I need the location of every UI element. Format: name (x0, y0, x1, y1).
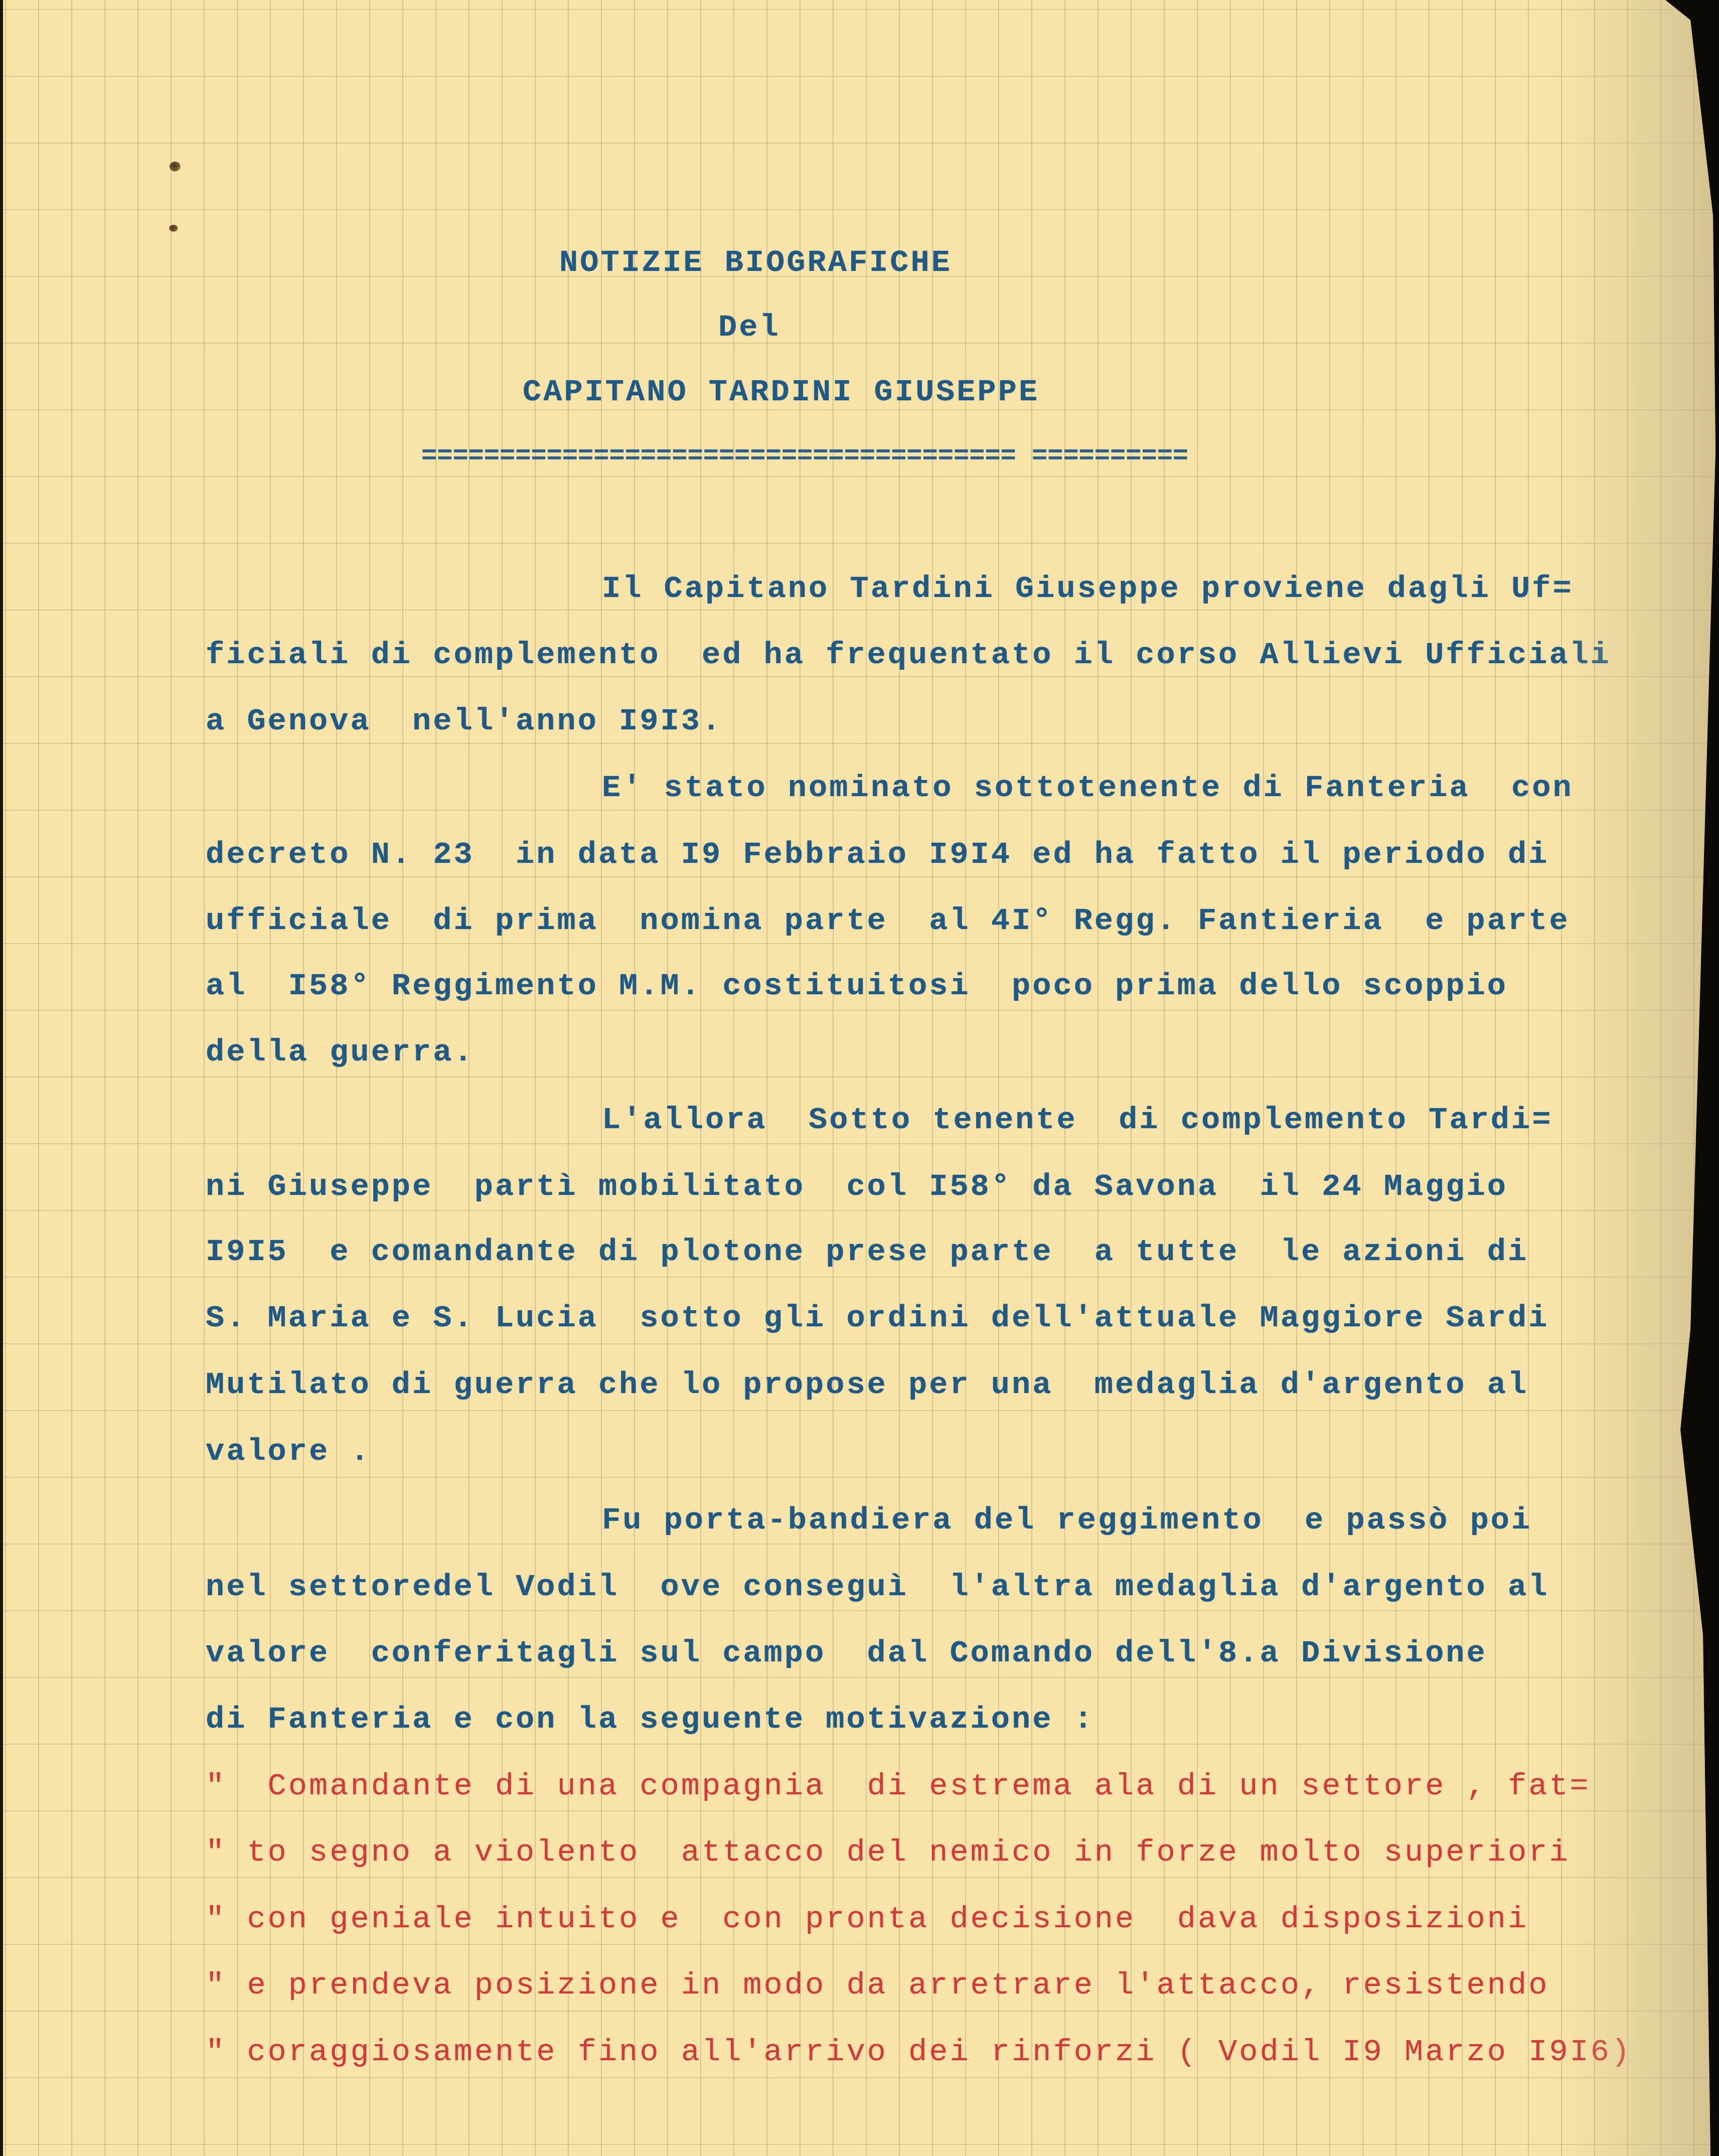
citation-line-4: " e prendeva posizione in modo da arretr… (206, 1967, 1549, 2003)
punch-hole-mark (169, 225, 178, 232)
paragraph-4-line-3: valore conferitagli sul campo dal Comand… (206, 1635, 1487, 1671)
paragraph-4-line-4: di Fanteria e con la seguente motivazion… (206, 1702, 1095, 1737)
page-left-edge (0, 0, 3, 2156)
paragraph-2-line-1: E' stato nominato sottotenente di Fanter… (602, 770, 1574, 806)
paragraph-3-line-3: I9I5 e comandante di plotone prese parte… (206, 1234, 1528, 1270)
citation-line-5: " coraggiosamente fino all'arrivo dei ri… (206, 2034, 1632, 2070)
paragraph-1-line-2: ficiali di complemento ed ha frequentato… (206, 637, 1611, 673)
paragraph-4-line-1: Fu porta-bandiera del reggimento e passò… (602, 1502, 1532, 1538)
citation-line-2: " to segno a violento attacco del nemico… (206, 1834, 1570, 1870)
paragraph-2-line-3: ufficiale di prima nomina parte al 4I° R… (206, 903, 1570, 939)
paragraph-3-line-6: valore . (206, 1434, 371, 1469)
title-separator: ====================================== =… (421, 441, 1188, 471)
paragraph-2-line-4: al I58° Reggimento M.M. costituitosi poc… (206, 968, 1508, 1004)
paragraph-3-line-4: S. Maria e S. Lucia sotto gli ordini del… (206, 1300, 1549, 1336)
citation-line-1: " Comandante di una compagnia di estrema… (206, 1768, 1591, 1804)
paragraph-2-line-5: della guerra. (206, 1034, 475, 1070)
paragraph-3-line-2: ni Giuseppe partì mobilitato col I58° da… (206, 1169, 1508, 1204)
paragraph-2-line-2: decreto N. 23 in data I9 Febbraio I9I4 e… (206, 837, 1549, 872)
document-subtitle-prep: Del (718, 310, 780, 345)
paragraph-1-line-1: Il Capitano Tardini Giuseppe proviene da… (602, 571, 1574, 606)
paragraph-1-line-3: a Genova nell'anno I9I3. (206, 703, 722, 739)
paragraph-3-line-1: L'allora Sotto tenente di complemento Ta… (602, 1102, 1552, 1138)
document-subject: CAPITANO TARDINI GIUSEPPE (523, 374, 1039, 410)
citation-line-3: " con geniale intuito e con pronta decis… (206, 1901, 1528, 1937)
punch-hole-mark (170, 162, 181, 172)
paragraph-4-line-2: nel settoredel Vodil ove conseguì l'altr… (206, 1569, 1549, 1605)
document-title: NOTIZIE BIOGRAFICHE (559, 245, 952, 280)
paper-sheet: NOTIZIE BIOGRAFICHE Del CAPITANO TARDINI… (0, 0, 1719, 2156)
paragraph-3-line-5: Mutilato di guerra che lo propose per un… (206, 1367, 1528, 1403)
